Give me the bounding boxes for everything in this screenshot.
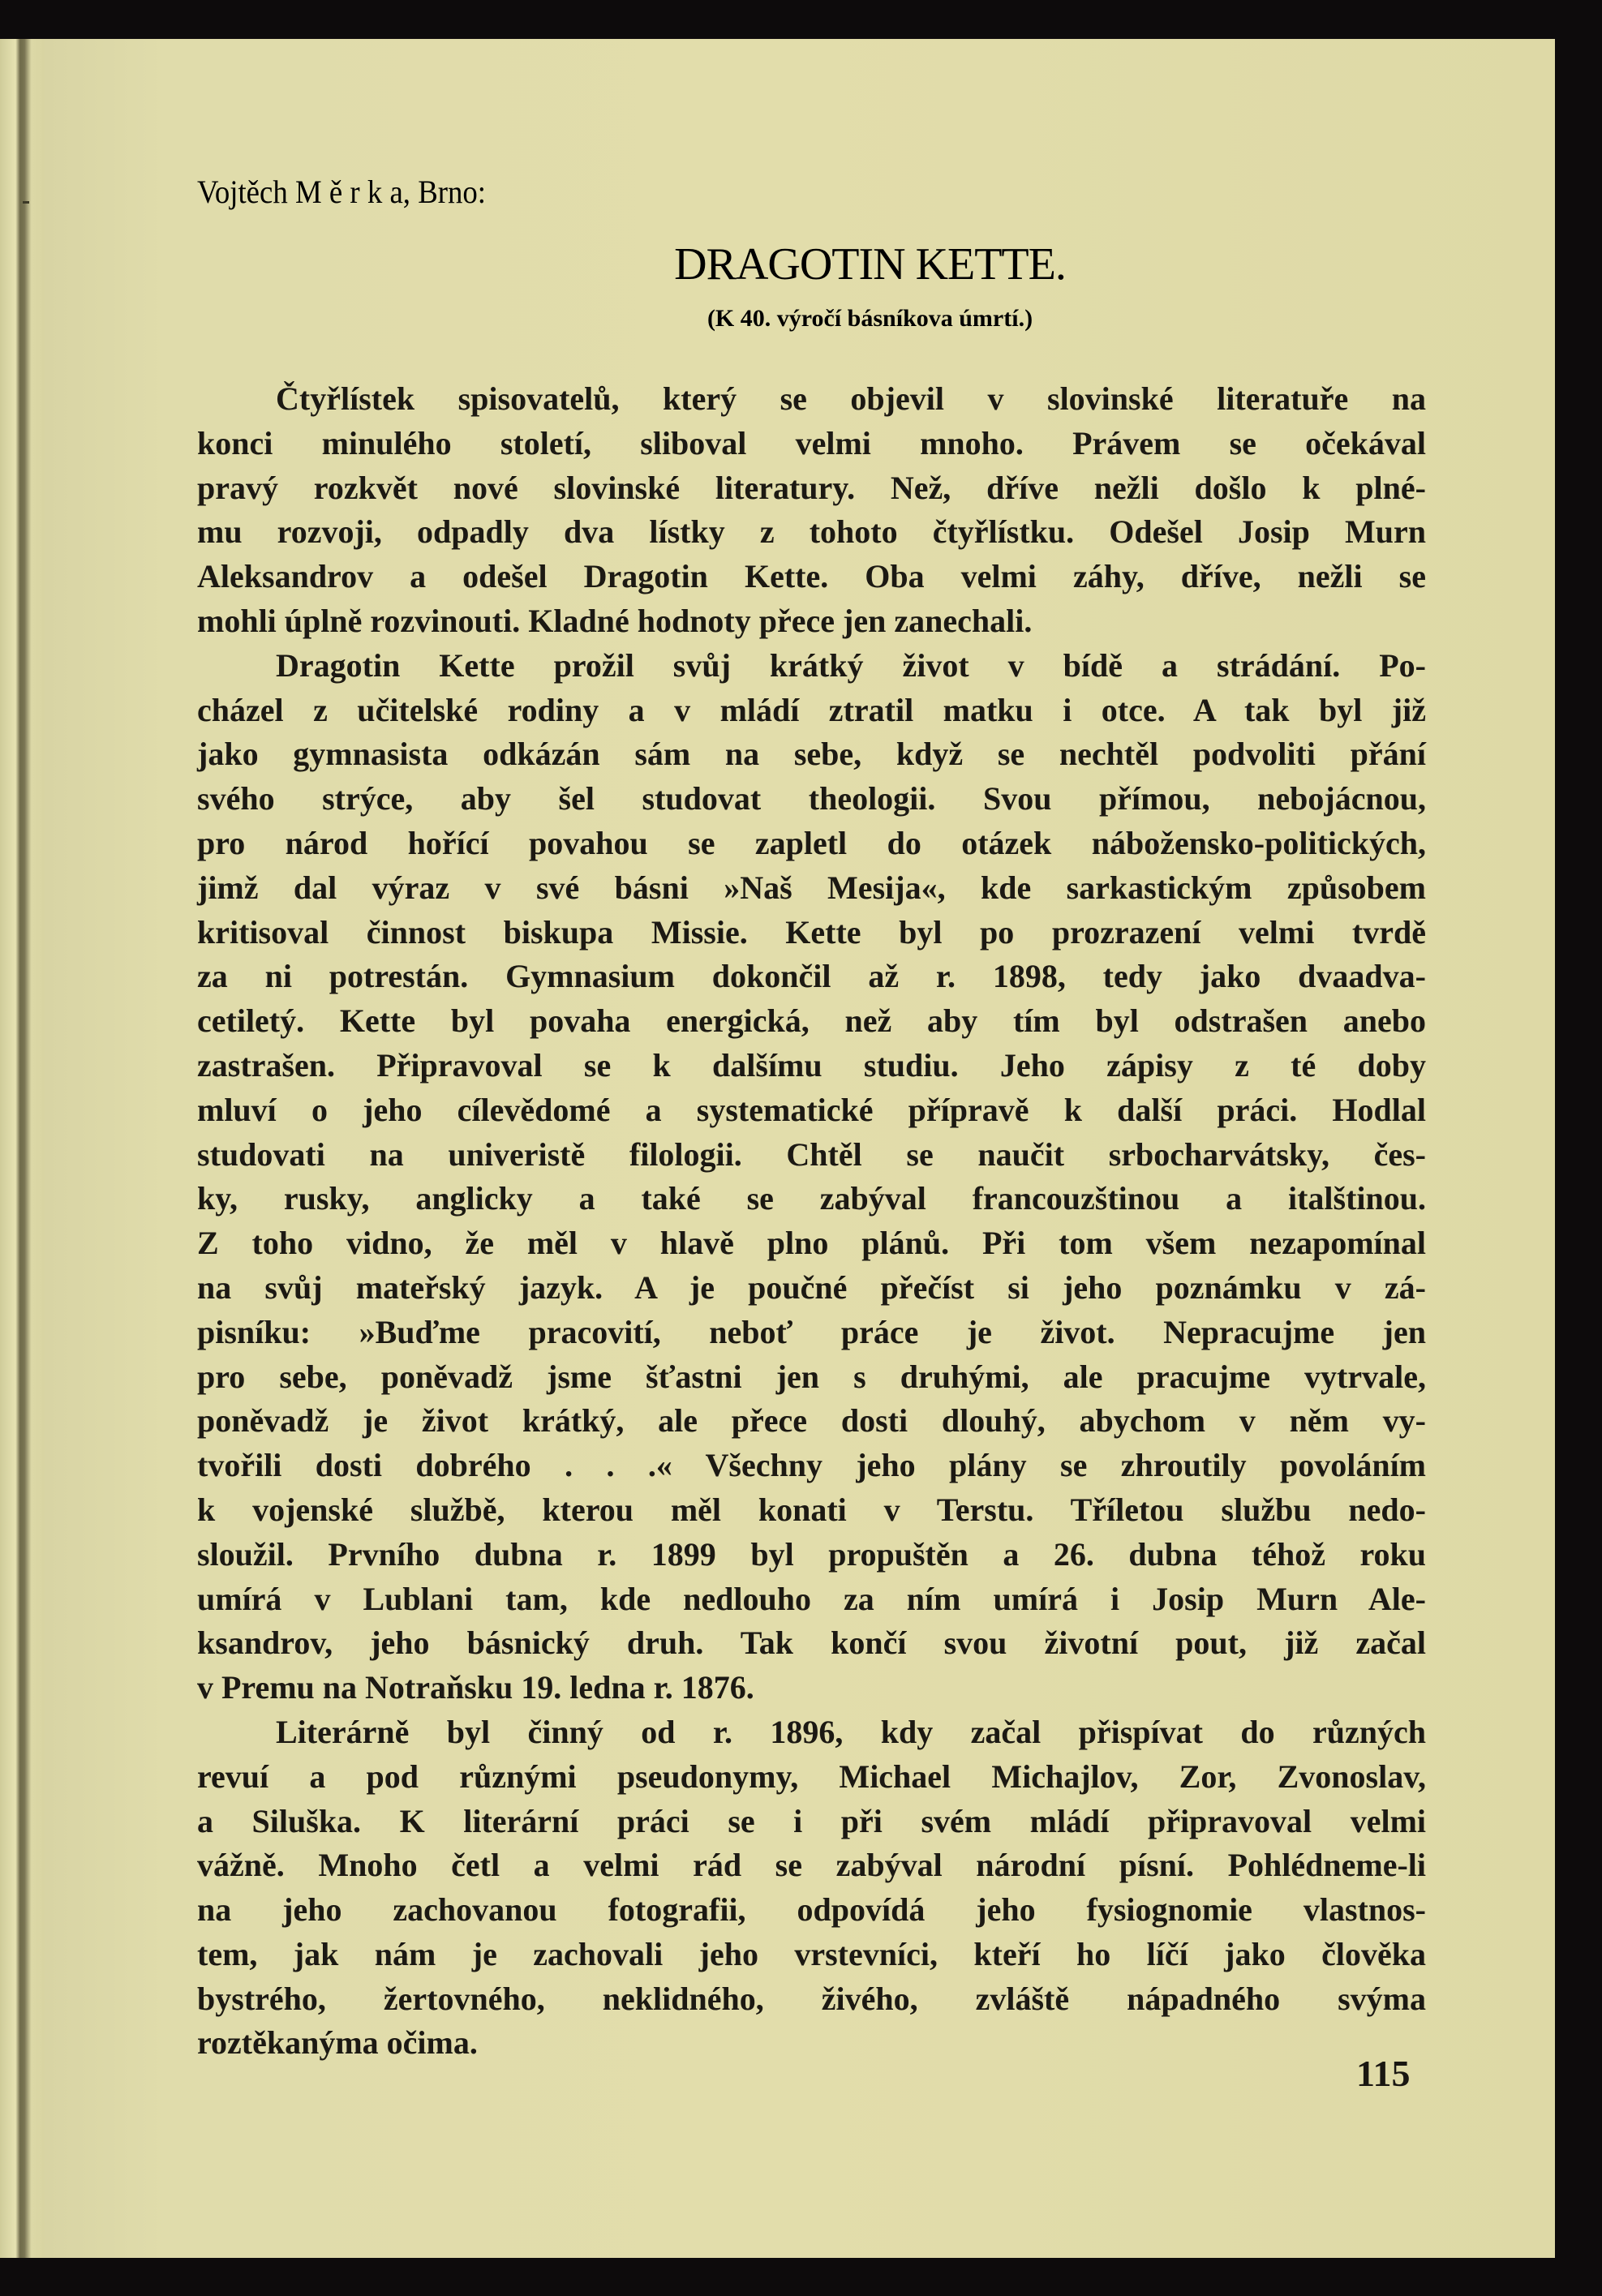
text-line: pro národ hořící povahou se zapletl do o… [197,822,1426,866]
text-line: poněvadž je život krátký, ale přece dost… [197,1399,1426,1444]
text-line: cházel z učitelské rodiny a v mládí ztra… [197,689,1426,733]
text-line: mohli úplně rozvinouti. Kladné hodnoty p… [197,599,1426,644]
text-line: Z toho vidno, že měl v hlavě plno plánů.… [197,1221,1426,1266]
text-line: ky, rusky, anglicky a také se zabýval fr… [197,1177,1426,1221]
text-line: umírá v Lublani tam, kde nedlouho za ním… [197,1577,1426,1622]
text-line: revuí a pod různými pseudonymy, Michael … [197,1755,1426,1800]
text-line: mluví o jeho cílevědomé a systematické p… [197,1088,1426,1133]
text-line: roztěkanýma očima. [197,2021,1426,2066]
text-line: pisníku: »Buďme pracovití, neboť práce j… [197,1311,1426,1355]
article-subtitle: (K 40. výročí básníkova úmrtí.) [0,304,1602,333]
text-line: pro sebe, poněvadž jsme šťastni jen s dr… [197,1355,1426,1400]
text-line: studovati na univeristě filologii. Chtěl… [197,1133,1426,1178]
text-line: pravý rozkvět nové slovinské literatury.… [197,466,1426,511]
text-line: Literárně byl činný od r. 1896, kdy zača… [197,1710,1426,1755]
text-line: Aleksandrov a odešel Dragotin Kette. Oba… [197,555,1426,599]
text-line: mu rozvoji, odpadly dva lístky z tohoto … [197,510,1426,555]
text-line: svého strýce, aby šel studovat theologii… [197,777,1426,822]
text-line: ksandrov, jeho básnický druh. Tak končí … [197,1621,1426,1666]
text-line: konci minulého století, sliboval velmi m… [197,422,1426,466]
book-gutter [0,39,45,2258]
text-line: tem, jak nám je zachovali jeho vrstevníc… [197,1933,1426,1977]
text-line: zastrašen. Připravoval se k dalšímu stud… [197,1044,1426,1088]
text-line: tvořili dosti dobrého . . .« Všechny jeh… [197,1444,1426,1488]
text-line: na jeho zachovanou fotografii, odpovídá … [197,1888,1426,1933]
text-line: sloužil. Prvního dubna r. 1899 byl propu… [197,1533,1426,1577]
text-line: a Siluška. K literární práci se i při sv… [197,1800,1426,1844]
article-body: Čtyřlístek spisovatelů, který se objevil… [197,377,1426,2066]
text-line: cetiletý. Kette byl povaha energická, ne… [197,999,1426,1044]
article-byline: Vojtěch M ě r k a, Brno: [197,173,486,212]
text-line: za ni potrestán. Gymnasium dokončil až r… [197,955,1426,999]
page-number: 115 [1356,2052,1410,2095]
text-line: bystrého, žertovného, neklidného, živého… [197,1977,1426,2022]
article-title: DRAGOTIN KETTE. [0,240,1602,289]
text-line: na svůj mateřský jazyk. A je poučné přeč… [197,1266,1426,1311]
text-line: Čtyřlístek spisovatelů, který se objevil… [197,377,1426,422]
text-line: Dragotin Kette prožil svůj krátký život … [197,644,1426,689]
text-line: jimž dal výraz v své básni »Naš Mesija«,… [197,866,1426,911]
text-line: vážně. Mnoho četl a velmi rád se zabýval… [197,1843,1426,1888]
gutter-mark [23,201,29,204]
text-line: v Premu na Notraňsku 19. ledna r. 1876. [197,1666,1426,1710]
text-line: jako gymnasista odkázán sám na sebe, kdy… [197,732,1426,777]
text-line: k vojenské službě, kterou měl konati v T… [197,1488,1426,1533]
text-line: kritisoval činnost biskupa Missie. Kette… [197,911,1426,955]
